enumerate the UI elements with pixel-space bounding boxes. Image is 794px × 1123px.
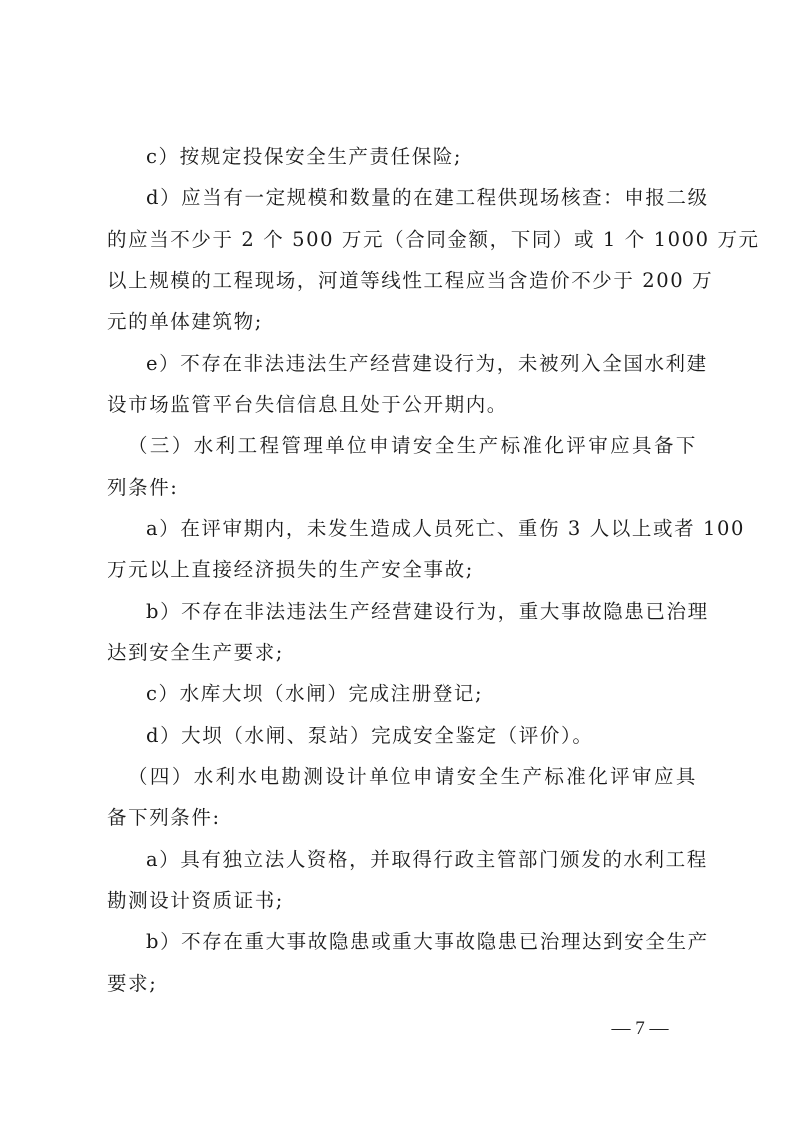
page-number: — 7 — <box>600 1017 680 1041</box>
text-line-item-b-hazards: b）不存在非法违法生产经营建设行为，重大事故隐患已治理 <box>146 600 697 624</box>
text-line-item-e-no-illegal: e）不存在非法违法生产经营建设行为，未被列入全国水利建 <box>146 352 697 376</box>
text-line: 设市场监管平台失信信息且处于公开期内。 <box>107 393 697 417</box>
text-line-item-c-registration: c）水库大坝（水闸）完成注册登记; <box>146 682 697 706</box>
text-line: 的应当不少于 2 个 500 万元（合同金额，下同）或 1 个 1000 万元 <box>107 228 697 252</box>
text-line-item-d-projects: d）应当有一定规模和数量的在建工程供现场核查：申报二级 <box>146 186 697 210</box>
text-line: 达到安全生产要求; <box>107 641 697 665</box>
text-line-item-c-insurance: c）按规定投保安全生产责任保险; <box>146 145 697 169</box>
text-line: 列条件: <box>107 476 697 500</box>
text-line-item-a-accidents: a）在评审期内，未发生造成人员死亡、重伤 3 人以上或者 100 <box>146 517 697 541</box>
text-line: 备下列条件: <box>107 806 697 830</box>
text-line-item-d-appraisal: d）大坝（水闸、泵站）完成安全鉴定（评价）。 <box>146 724 697 748</box>
document-page: c）按规定投保安全生产责任保险; d）应当有一定规模和数量的在建工程供现场核查：… <box>0 0 794 1123</box>
text-line: 元的单体建筑物; <box>107 310 697 334</box>
text-line: 勘测设计资质证书; <box>107 889 697 913</box>
text-line-item-a-legal-entity: a）具有独立法人资格，并取得行政主管部门颁发的水利工程 <box>146 848 697 872</box>
text-line: 以上规模的工程现场，河道等线性工程应当含造价不少于 200 万 <box>107 269 697 293</box>
text-line: 要求; <box>107 972 697 996</box>
text-line: 万元以上直接经济损失的生产安全事故; <box>107 558 697 582</box>
section-heading-4: （四）水利水电勘测设计单位申请安全生产标准化评审应具 <box>128 765 697 789</box>
text-line-item-b-no-hazards: b）不存在重大事故隐患或重大事故隐患已治理达到安全生产 <box>146 930 697 954</box>
section-heading-3: （三）水利工程管理单位申请安全生产标准化评审应具备下 <box>128 434 697 458</box>
